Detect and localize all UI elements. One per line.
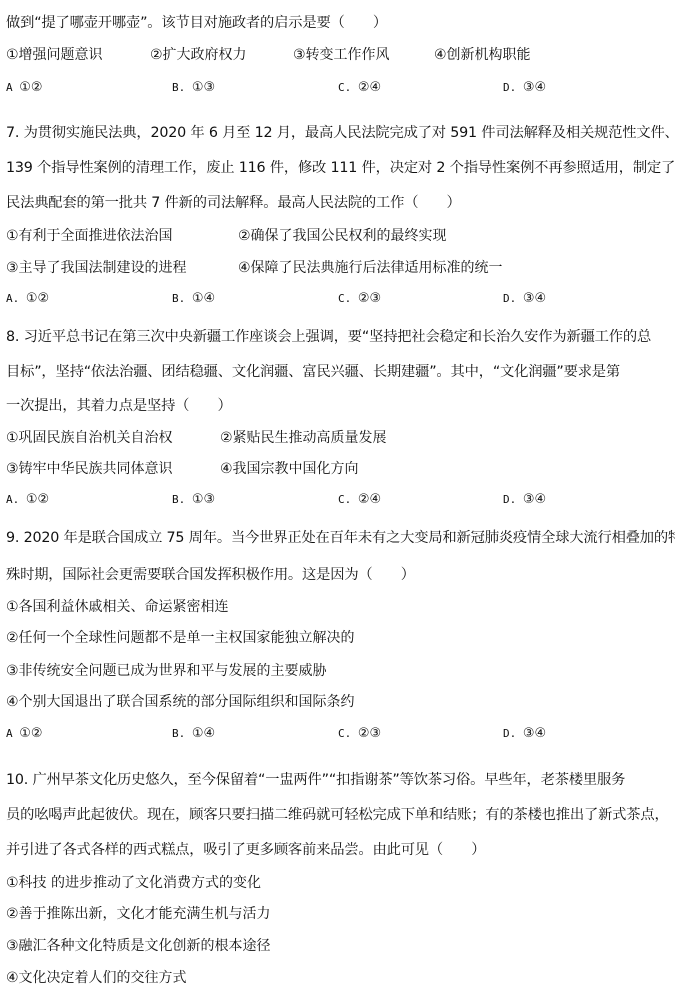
q6-option-4: ④创新机构职能 — [434, 46, 531, 64]
q9-option-1: ①各国利益休戚相关、命运紧密相连 — [6, 598, 229, 616]
q10-stem-line-2: 员的吆喝声此起彼伏。现在，顾客只要扫描二维码就可轻松完成下单和结账；有的茶楼也推… — [6, 806, 669, 824]
q6-answer-c[interactable]: C. ②④ — [338, 79, 381, 97]
q9-option-2: ②任何一个全球性问题都不是单一主权国家能独立解决的 — [6, 629, 355, 647]
q8-answer-a[interactable]: A. ①② — [6, 491, 49, 509]
q6-option-2: ②扩大政府权力 — [150, 46, 247, 64]
q6-stem-tail: 做到“提了哪壶开哪壶”。该节目对施政者的启示是要（ ） — [6, 14, 387, 32]
q9-stem-line-2: 殊时期，国际社会更需要联合国发挥积极作用。这是因为（ ） — [6, 566, 415, 584]
q9-stem-line-1: 9. 2020 年是联合国成立 75 周年。当今世界正处在百年未有之大变局和新冠… — [6, 529, 675, 547]
q7-option-4: ④保障了民法典施行后法律适用标准的统一 — [238, 259, 503, 277]
q7-option-3: ③主导了我国法制建设的进程 — [6, 259, 187, 277]
q10-option-2: ②善于推陈出新，文化才能充满生机与活力 — [6, 905, 271, 923]
q7-answer-b[interactable]: B. ①④ — [172, 290, 215, 308]
q7-answer-a[interactable]: A. ①② — [6, 290, 49, 308]
q8-answer-d[interactable]: D. ③④ — [503, 491, 546, 509]
q10-stem-line-1: 10. 广州早茶文化历史悠久，至今保留着“一盅两件”“扣指谢茶”等饮茶习俗。早些… — [6, 771, 625, 789]
q6-answer-b[interactable]: B. ①③ — [172, 79, 215, 97]
q7-stem-line-3: 民法典配套的第一批共 7 件新的司法解释。最高人民法院的工作（ ） — [6, 194, 461, 212]
q7-stem-line-1: 7. 为贯彻实施民法典，2020 年 6 月至 12 月，最高人民法院完成了对 … — [6, 124, 675, 142]
q8-option-4: ④我国宗教中国化方向 — [220, 460, 359, 478]
q6-option-3: ③转变工作作风 — [293, 46, 390, 64]
q7-answer-d[interactable]: D. ③④ — [503, 290, 546, 308]
q8-answer-c[interactable]: C. ②④ — [338, 491, 381, 509]
q8-stem-line-2: 目标”，坚持“依法治疆、团结稳疆、文化润疆、富民兴疆、长期建疆”。其中，“文化润… — [6, 363, 620, 381]
q8-option-1: ①巩固民族自治机关自治权 — [6, 429, 173, 447]
q9-answer-b[interactable]: B. ①④ — [172, 725, 215, 743]
q7-answer-c[interactable]: C. ②③ — [338, 290, 381, 308]
q9-option-4: ④个别大国退出了联合国系统的部分国际组织和国际条约 — [6, 693, 355, 711]
q10-option-1: ①科技 的进步推动了文化消费方式的变化 — [6, 874, 261, 892]
q9-answer-a[interactable]: A ①② — [6, 725, 43, 743]
q7-option-1: ①有利于全面推进依法治国 — [6, 227, 173, 245]
q8-option-3: ③铸牢中华民族共同体意识 — [6, 460, 173, 478]
q7-option-2: ②确保了我国公民权利的最终实现 — [238, 227, 447, 245]
q8-option-2: ②紧贴民生推动高质量发展 — [220, 429, 387, 447]
q10-option-4: ④文化决定着人们的交往方式 — [6, 969, 187, 987]
q6-answer-a[interactable]: A ①② — [6, 79, 43, 97]
q7-stem-line-2: 139 个指导性案例的清理工作，废止 116 件，修改 111 件，决定对 2 … — [6, 159, 675, 177]
q10-stem-line-3: 并引进了各式各样的西式糕点，吸引了更多顾客前来品尝。由此可见（ ） — [6, 841, 485, 859]
q8-stem-line-1: 8. 习近平总书记在第三次中央新疆工作座谈会上强调，要“坚持把社会稳定和长治久安… — [6, 328, 651, 346]
q9-answer-c[interactable]: C. ②③ — [338, 725, 381, 743]
q8-stem-line-3: 一次提出，其着力点是坚持（ ） — [6, 397, 232, 415]
q6-answer-d[interactable]: D. ③④ — [503, 79, 546, 97]
q8-answer-b[interactable]: B. ①③ — [172, 491, 215, 509]
q9-answer-d[interactable]: D. ③④ — [503, 725, 546, 743]
q9-option-3: ③非传统安全问题已成为世界和平与发展的主要威胁 — [6, 662, 327, 680]
q6-option-1: ①增强问题意识 — [6, 46, 103, 64]
q10-option-3: ③融汇各种文化特质是文化创新的根本途径 — [6, 937, 271, 955]
